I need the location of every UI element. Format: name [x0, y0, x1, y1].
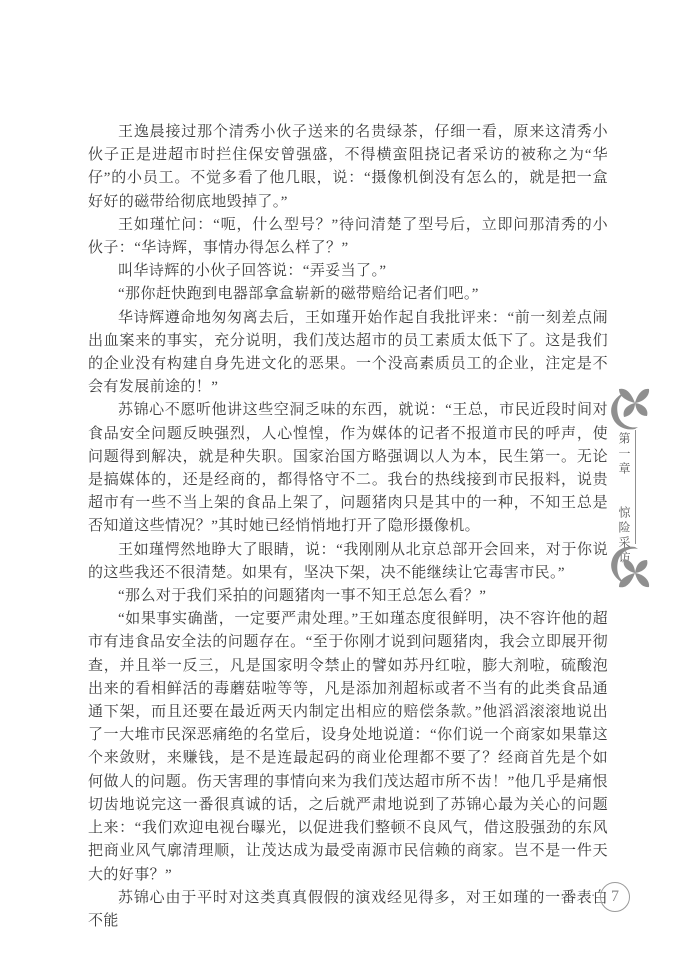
body-paragraph: 叫华诗辉的小伙子回答说：“弄妥当了。”	[88, 260, 608, 283]
body-paragraph: 苏锦心由于平时对这类真真假假的演戏经见得多，对王如瑾的一番表白不能	[88, 887, 608, 933]
body-paragraph: 王如瑾忙问：“呃，什么型号？”待问清楚了型号后，立即问那清秀的小伙子：“华诗辉，…	[88, 214, 608, 260]
body-paragraph: “那么对于我们采拍的问题猪肉一事不知王总怎么看？”	[88, 585, 608, 608]
body-paragraph: 王如瑾愕然地睁大了眼睛，说：“我刚刚从北京总部开会回来，对于你说的这些我还不很清…	[88, 539, 608, 585]
page-number: 7	[611, 888, 619, 906]
body-paragraph: 苏锦心不愿听他讲这些空洞乏味的东西，就说：“王总，市民近段时间对食品安全问题反映…	[88, 399, 608, 538]
chapter-marker: 第一章 惊险采访	[605, 384, 663, 594]
page-number-badge: 7	[600, 882, 630, 912]
body-paragraph: 王逸晨接过那个清秀小伙子送来的名贵绿茶，仔细一看，原来这清秀小伙子正是进超市时拦…	[88, 121, 608, 214]
book-page: 王逸晨接过那个清秀小伙子送来的名贵绿茶，仔细一看，原来这清秀小伙子正是进超市时拦…	[0, 0, 693, 969]
chapter-number: 第一章	[617, 432, 631, 477]
body-text: 王逸晨接过那个清秀小伙子送来的名贵绿茶，仔细一看，原来这清秀小伙子正是进超市时拦…	[88, 121, 608, 933]
body-paragraph: “如果事实确凿，一定要严肃处理。”王如瑾态度很鲜明，决不容许他的超市有违食品安全…	[88, 608, 608, 886]
body-paragraph: “那你赶快跑到电器部拿盒崭新的磁带赔给记者们吧。”	[88, 283, 608, 306]
page-footer: ······ 7	[560, 882, 630, 912]
flower-ornament-top-icon	[606, 384, 654, 434]
body-paragraph: 华诗辉遵命地匆匆离去后，王如瑾开始作起自我批评来：“前一刻差点闹出血案来的事实，…	[88, 307, 608, 400]
flower-ornament-bottom-icon	[606, 542, 654, 592]
page-number-dots: ······	[560, 882, 597, 912]
chapter-marker-line	[635, 430, 636, 544]
